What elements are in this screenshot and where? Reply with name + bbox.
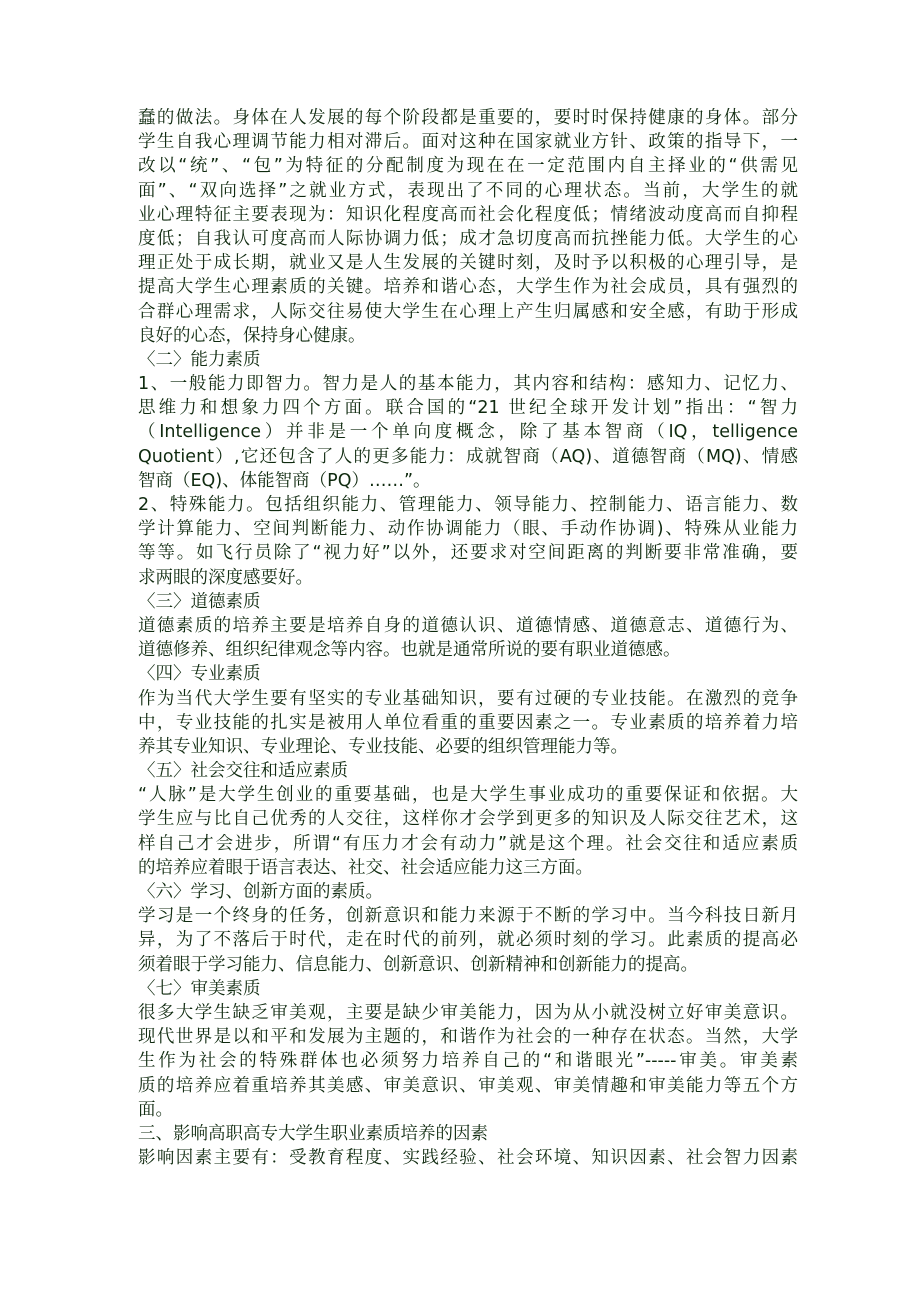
- paragraph-line: 须着眼于学习能力、信息能力、创新意识、创新精神和创新能力的提高。: [138, 953, 798, 977]
- paragraph-line: 生作为社会的特殊群体也必须努力培养自己的“和谐眼光”-----审美。审美素: [138, 1049, 798, 1073]
- section-heading: 〈五〉社会交往和适应素质: [138, 759, 798, 783]
- paragraph-line: 的培养应着眼于语言表达、社交、社会适应能力这三方面。: [138, 856, 798, 880]
- paragraph-line: 等等。如飞行员除了“视力好”以外，还要求对空间距离的判断要非常准确，要: [138, 541, 798, 565]
- section-heading: 〈二〉能力素质: [138, 348, 798, 372]
- paragraph-line: 提高大学生心理素质的关键。培养和谐心态，大学生作为社会成员，具有强烈的: [138, 275, 798, 299]
- paragraph-line: 中，专业技能的扎实是被用人单位看重的重要因素之一。专业素质的培养着力培: [138, 711, 798, 735]
- paragraph-line: 道德修养、组织纪律观念等内容。也就是通常所说的要有职业道德感。: [138, 638, 798, 662]
- paragraph-line: 学习是一个终身的任务，创新意识和能力来源于不断的学习中。当今科技日新月: [138, 904, 798, 928]
- paragraph-line: 很多大学生缺乏审美观，主要是缺少审美能力，因为从小就没树立好审美意识。: [138, 1001, 798, 1025]
- section-heading: 〈七〉审美素质: [138, 977, 798, 1001]
- paragraph-line: 合群心理需求，人际交往易使大学生在心理上产生归属感和安全感，有助于形成: [138, 300, 798, 324]
- paragraph-line: 道德素质的培养主要是培养自身的道德认识、道德情感、道德意志、道德行为、: [138, 614, 798, 638]
- paragraph-line: 现代世界是以和平和发展为主题的，和谐作为社会的一种存在状态。当然，大学: [138, 1025, 798, 1049]
- paragraph-line: 面”、“双向选择”之就业方式，表现出了不同的心理状态。当前，大学生的就: [138, 179, 798, 203]
- paragraph-line: 面。: [138, 1098, 798, 1122]
- section-heading: 〈六〉学习、创新方面的素质。: [138, 880, 798, 904]
- paragraph-line: 理正处于成长期，就业又是人生发展的关键时刻，及时予以积极的心理引导，是: [138, 251, 798, 275]
- paragraph-line: 样自己才会进步，所谓“有压力才会有动力”就是这个理。社会交往和适应素质: [138, 832, 798, 856]
- paragraph-line: 业心理特征主要表现为：知识化程度高而社会化程度低；情绪波动度高而自抑程: [138, 203, 798, 227]
- paragraph-line: 思维力和想象力四个方面。联合国的“21 世纪全球开发计划”指出：“智力: [138, 396, 798, 420]
- section-heading: 三、影响高职高专大学生职业素质培养的因素: [138, 1122, 798, 1146]
- section-heading: 〈三〉道德素质: [138, 590, 798, 614]
- paragraph-line: 养其专业知识、专业理论、专业技能、必要的组织管理能力等。: [138, 735, 798, 759]
- paragraph-line: 1、一般能力即智力。智力是人的基本能力，其内容和结构：感知力、记忆力、: [138, 372, 798, 396]
- paragraph-line: 质的培养应着重培养其美感、审美意识、审美观、审美情趣和审美能力等五个方: [138, 1074, 798, 1098]
- paragraph-line: 良好的心态，保持身心健康。: [138, 324, 798, 348]
- paragraph-line: 学生自我心理调节能力相对滞后。面对这种在国家就业方针、政策的指导下，一: [138, 130, 798, 154]
- paragraph-line: 2、特殊能力。包括组织能力、管理能力、领导能力、控制能力、语言能力、数: [138, 493, 798, 517]
- paragraph-line: 异，为了不落后于时代，走在时代的前列，就必须时刻的学习。此素质的提高必: [138, 928, 798, 952]
- paragraph-line: 学计算能力、空间判断能力、动作协调能力（眼、手动作协调)、特殊从业能力: [138, 517, 798, 541]
- paragraph-line: 学生应与比自己优秀的人交往，这样你才会学到更多的知识及人际交往艺术，这: [138, 807, 798, 831]
- paragraph-line: （Intelligence）并非是一个单向度概念，除了基本智商（IQ，telli…: [138, 420, 798, 444]
- paragraph-line: 度低；自我认可度高而人际协调力低；成才急切度高而抗挫能力低。大学生的心: [138, 227, 798, 251]
- paragraph-line: 作为当代大学生要有坚实的专业基础知识，要有过硬的专业技能。在激烈的竞争: [138, 687, 798, 711]
- paragraph-line: 影响因素主要有：受教育程度、实践经验、社会环境、知识因素、社会智力因素: [138, 1146, 798, 1170]
- paragraph-line: “人脉”是大学生创业的重要基础，也是大学生事业成功的重要保证和依据。大: [138, 783, 798, 807]
- paragraph-line: 蠢的做法。身体在人发展的每个阶段都是重要的，要时时保持健康的身体。部分: [138, 106, 798, 130]
- paragraph-line: 求两眼的深度感要好。: [138, 566, 798, 590]
- document-page: 蠢的做法。身体在人发展的每个阶段都是重要的，要时时保持健康的身体。部分学生自我心…: [138, 106, 798, 1170]
- section-heading: 〈四〉专业素质: [138, 662, 798, 686]
- document-body: 蠢的做法。身体在人发展的每个阶段都是重要的，要时时保持健康的身体。部分学生自我心…: [138, 106, 798, 1170]
- paragraph-line: 智商（EQ)、体能智商（PQ）……”。: [138, 469, 798, 493]
- paragraph-line: 改以“统”、“包”为特征的分配制度为现在在一定范围内自主择业的“供需见: [138, 154, 798, 178]
- paragraph-line: Quotient）,它还包含了人的更多能力：成就智商（AQ)、道德智商（MQ)、…: [138, 445, 798, 469]
